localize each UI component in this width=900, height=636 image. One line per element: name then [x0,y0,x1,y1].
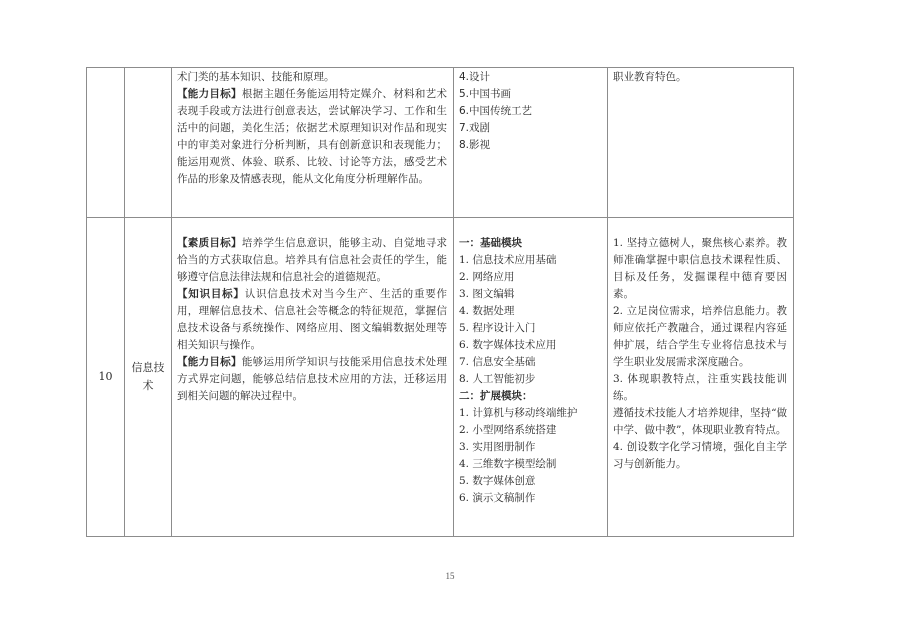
note-item: 1. 坚持立德树人，聚焦核心素养。教师准确掌握中职信息技术课程性质、目标及任务，… [613,235,787,303]
row-number-cell [87,68,125,218]
course-name-cell [125,68,172,218]
module-item: 6. 演示文稿制作 [459,490,601,507]
module-item: 3. 图文编辑 [459,286,601,303]
module-item: 8.影视 [459,137,601,154]
module-item: 5. 数字媒体创意 [459,473,601,490]
module-item: 1. 信息技术应用基础 [459,252,601,269]
module-item: 5.中国书画 [459,86,601,103]
note-item: 4. 创设数字化学习情境，强化自主学习与创新能力。 [613,439,787,473]
extended-module-title: 二：扩展模块： [459,388,601,405]
page-number: 15 [0,571,900,581]
module-item: 5. 程序设计入门 [459,320,601,337]
note-item: 3. 体现职教特点，注重实践技能训练。 [613,371,787,405]
goals-cell: 【素质目标】培养学生信息意识，能够主动、自觉地寻求恰当的方式获取信息。培养具有信… [172,218,454,537]
table-row: 术门类的基本知识、技能和原理。 【能力目标】根据主题任务能运用特定媒介、材料和艺… [87,68,794,218]
module-item: 4. 三维数字模型绘制 [459,456,601,473]
goals-intro: 术门类的基本知识、技能和原理。 [177,69,447,86]
row-number-cell: 10 [87,218,125,537]
note-item: 2. 立足岗位需求，培养信息能力。教师应依托产教融合，通过课程内容延伸扩展，结合… [613,303,787,371]
module-item: 8. 人工智能初步 [459,371,601,388]
module-item: 6.中国传统工艺 [459,103,601,120]
basic-module-title: 一：基础模块 [459,235,601,252]
module-item: 7. 信息安全基础 [459,354,601,371]
quality-goal-label: 【素质目标】 [177,237,242,249]
ability-goal: 【能力目标】根据主题任务能运用特定媒介、材料和艺术表现手段或方法进行创意表达，尝… [177,86,447,188]
course-name-cell: 信息技术 [125,218,172,537]
modules-cell: 一：基础模块 1. 信息技术应用基础 2. 网络应用 3. 图文编辑 4. 数据… [454,218,608,537]
ability-goal-text: 根据主题任务能运用特定媒介、材料和艺术表现手段或方法进行创意表达，尝试解决学习、… [177,88,447,185]
goals-cell: 术门类的基本知识、技能和原理。 【能力目标】根据主题任务能运用特定媒介、材料和艺… [172,68,454,218]
knowledge-goal: 【知识目标】认识信息技术对当今生产、生活的重要作用，理解信息技术、信息社会等概念… [177,286,447,354]
module-item: 2. 网络应用 [459,269,601,286]
row-number: 10 [99,370,113,383]
module-item: 7.戏剧 [459,120,601,137]
modules-cell: 4.设计 5.中国书画 6.中国传统工艺 7.戏剧 8.影视 [454,68,608,218]
module-item: 3. 实用图册制作 [459,439,601,456]
ability-goal-label: 【能力目标】 [177,356,242,368]
notes-text: 职业教育特色。 [608,68,793,86]
module-item: 4.设计 [459,69,601,86]
note-item: 遵循技术技能人才培养规律，坚持“做中学、做中教”，体现职业教育特点。 [613,405,787,439]
module-item: 4. 数据处理 [459,303,601,320]
notes-cell: 职业教育特色。 [608,68,794,218]
table-row: 10 信息技术 【素质目标】培养学生信息意识，能够主动、自觉地寻求恰当的方式获取… [87,218,794,537]
course-name: 信息技术 [130,359,166,395]
module-item: 1. 计算机与移动终端维护 [459,405,601,422]
ability-goal: 【能力目标】能够运用所学知识与技能采用信息技术处理方式界定问题，能够总结信息技术… [177,354,447,405]
quality-goal: 【素质目标】培养学生信息意识，能够主动、自觉地寻求恰当的方式获取信息。培养具有信… [177,235,447,286]
notes-cell: 1. 坚持立德树人，聚焦核心素养。教师准确掌握中职信息技术课程性质、目标及任务，… [608,218,794,537]
knowledge-goal-label: 【知识目标】 [177,288,245,300]
module-item: 6. 数字媒体技术应用 [459,337,601,354]
curriculum-table: 术门类的基本知识、技能和原理。 【能力目标】根据主题任务能运用特定媒介、材料和艺… [86,67,794,537]
module-item: 2. 小型网络系统搭建 [459,422,601,439]
ability-goal-label: 【能力目标】 [177,88,242,100]
